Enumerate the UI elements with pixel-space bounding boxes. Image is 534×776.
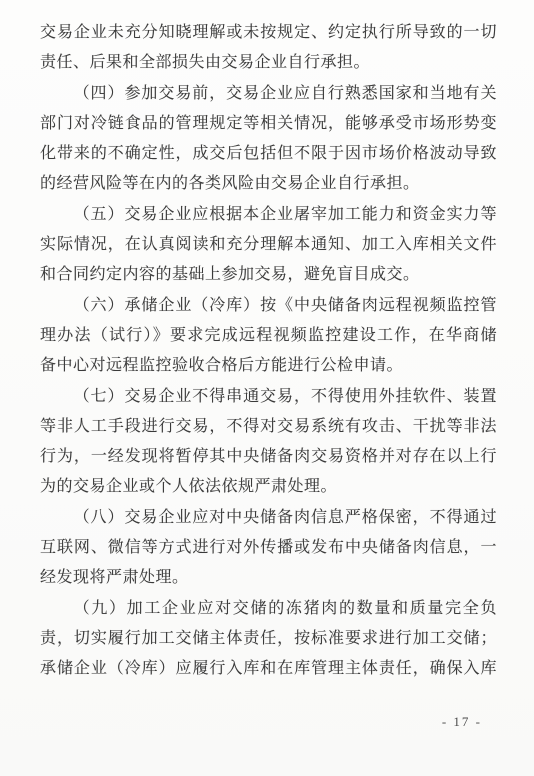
document-page: 交易企业未充分知晓理解或未按规定、约定执行所导致的一切责任、后果和全部损失由交易… — [0, 0, 534, 776]
text-line: （八）交易企业应对中央储备肉信息严格保密，不得通过 — [40, 503, 497, 533]
text-line: 责，切实履行加工交储主体责任，按标准要求进行加工交储； — [40, 624, 497, 654]
text-line: 经发现将严肃处理。 — [40, 563, 497, 593]
text-line: （七）交易企业不得串通交易，不得使用外挂软件、装置 — [40, 382, 497, 412]
text-line: （九）加工企业应对交储的冻猪肉的数量和质量完全负 — [40, 594, 497, 624]
text-line: （六）承储企业（冷库）按《中央储备肉远程视频监控管 — [40, 291, 497, 321]
text-line: 和合同约定内容的基础上参加交易，避免盲目成交。 — [40, 260, 497, 290]
text-line: 部门对冷链食品的管理规定等相关情况，能够承受市场形势变 — [40, 109, 497, 139]
text-line: 的经营风险等在内的各类风险由交易企业自行承担。 — [40, 169, 497, 199]
text-line: 备中心对远程监控验收合格后方能进行公检申请。 — [40, 351, 497, 381]
text-line: 互联网、微信等方式进行对外传播或发布中央储备肉信息，一 — [40, 533, 497, 563]
text-line: 理办法（试行）》要求完成远程视频监控建设工作，在华商储 — [40, 321, 497, 351]
document-text: 交易企业未充分知晓理解或未按规定、约定执行所导致的一切责任、后果和全部损失由交易… — [40, 18, 497, 685]
text-line: 为的交易企业或个人依法依规严肃处理。 — [40, 472, 497, 502]
text-line: 交易企业未充分知晓理解或未按规定、约定执行所导致的一切 — [40, 18, 497, 48]
text-line: 承储企业（冷库）应履行入库和在库管理主体责任，确保入库 — [40, 654, 497, 684]
text-line: 化带来的不确定性，成交后包括但不限于因市场价格波动导致 — [40, 139, 497, 169]
text-line: 实际情况，在认真阅读和充分理解本通知、加工入库相关文件 — [40, 230, 497, 260]
text-line: 等非人工手段进行交易，不得对交易系统有攻击、干扰等非法 — [40, 412, 497, 442]
page-number: - 17 - — [442, 712, 482, 732]
text-line: 责任、后果和全部损失由交易企业自行承担。 — [40, 48, 497, 78]
text-line: （四）参加交易前，交易企业应自行熟悉国家和当地有关 — [40, 79, 497, 109]
text-line: （五）交易企业应根据本企业屠宰加工能力和资金实力等 — [40, 200, 497, 230]
text-line: 行为，一经发现将暂停其中央储备肉交易资格并对存在以上行 — [40, 442, 497, 472]
